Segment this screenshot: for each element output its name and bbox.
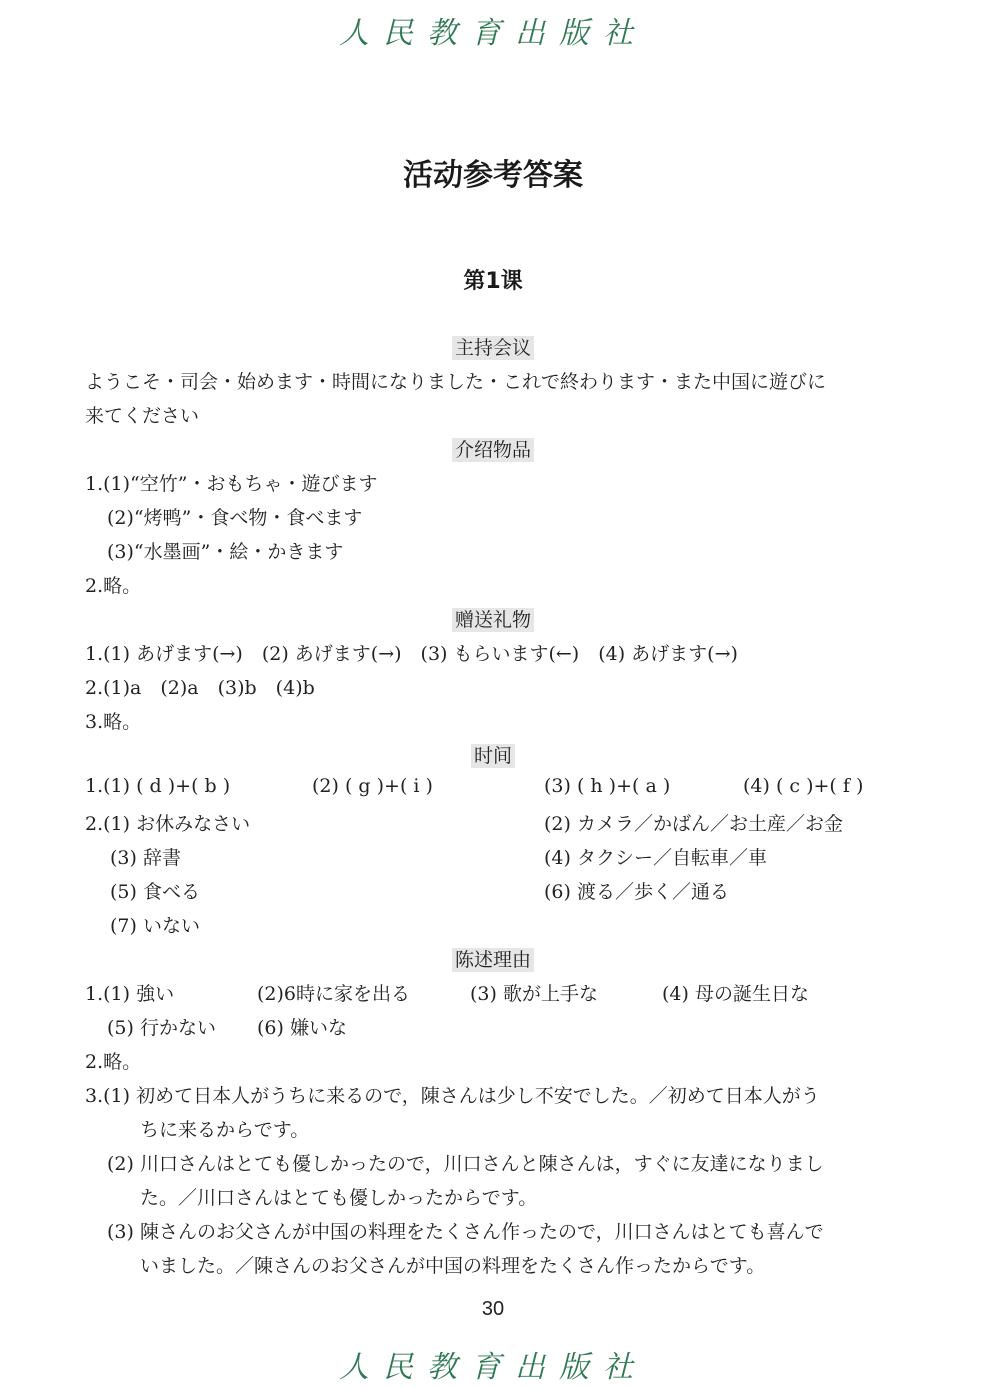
answer-line: (6) 渡る／歩く／通る — [544, 877, 729, 904]
answer-line: (3) ( h )+( a ) — [544, 775, 670, 797]
answer-line: (2)“烤鸭”・食べ物・食べます — [107, 503, 362, 530]
answer-line: (5) 食べる — [110, 877, 200, 904]
lesson-heading: 第1课 — [0, 264, 986, 295]
answer-line: (7) いない — [110, 911, 200, 938]
section-heading-text: 介绍物品 — [452, 438, 534, 462]
answer-line: 1.(1) 強い — [85, 979, 174, 1006]
answer-line: (3) 陳さんのお父さんが中国の料理をたくさん作ったので，川口さんはとても喜んで — [107, 1217, 824, 1244]
answer-line: 3.(1) 初めて日本人がうちに来るので，陳さんは少し不安でした。／初めて日本人… — [85, 1081, 820, 1108]
section-heading-introduce-items: 介绍物品 — [0, 435, 986, 462]
answer-line: (5) 行かない — [107, 1013, 216, 1040]
answer-line: (3) 歌が上手な — [470, 979, 598, 1006]
answer-line: (4) タクシー／自転車／車 — [544, 843, 767, 870]
answer-line: (2) カメラ／かばん／お土産／お金 — [544, 809, 843, 836]
answer-line: いました。／陳さんのお父さんが中国の料理をたくさん作ったからです。 — [140, 1251, 765, 1278]
page-number: 30 — [0, 1298, 986, 1321]
answer-line: ようこそ・司会・始めます・時間になりました・これで終わります・また中国に遊びに — [85, 367, 826, 394]
section-heading-text: 赠送礼物 — [452, 608, 534, 632]
answer-line: 1.(1) あげます(→) (2) あげます(→) (3) もらいます(←) (… — [85, 639, 738, 666]
answer-line: 来てください — [85, 401, 199, 428]
answer-line: (4) 母の誕生日な — [662, 979, 809, 1006]
section-heading-state-reasons: 陈述理由 — [0, 945, 986, 972]
answer-line: (2) ( g )+( i ) — [312, 775, 433, 797]
answer-line: (2) 川口さんはとても優しかったので，川口さんと陳さんは，すぐに友達になりまし — [107, 1149, 824, 1176]
answer-line: 2.(1) お休みなさい — [85, 809, 250, 836]
answer-line: (2)6時に家を出る — [257, 979, 410, 1006]
section-heading-host-meeting: 主持会议 — [0, 333, 986, 360]
answer-line: ちに来るからです。 — [140, 1115, 309, 1142]
section-heading-text: 陈述理由 — [452, 948, 534, 972]
answer-line: (3)“水墨画”・絵・かきます — [107, 537, 343, 564]
section-heading-text: 主持会议 — [452, 336, 534, 360]
publisher-logo-footer: 人民教育出版社 — [0, 1342, 986, 1386]
answer-line: (6) 嫌いな — [257, 1013, 347, 1040]
section-heading-text: 时间 — [471, 744, 515, 768]
answer-line: 2.略。 — [85, 571, 141, 598]
answer-line: (3) 辞書 — [110, 843, 181, 870]
publisher-logo-header: 人民教育出版社 — [0, 8, 986, 52]
answer-line: 2.略。 — [85, 1047, 141, 1074]
page-title: 活动参考答案 — [0, 150, 986, 194]
answer-line: 1.(1) ( d )+( b ) — [85, 775, 230, 797]
answer-line: 3.略。 — [85, 707, 141, 734]
answer-line: (4) ( c )+( f ) — [743, 775, 863, 797]
answer-line: た。／川口さんはとても優しかったからです。 — [140, 1183, 537, 1210]
section-heading-time: 时间 — [0, 741, 986, 768]
section-heading-give-gifts: 赠送礼物 — [0, 605, 986, 632]
answer-line: 1.(1)“空竹”・おもちゃ・遊びます — [85, 469, 377, 496]
answer-line: 2.(1)a (2)a (3)b (4)b — [85, 673, 315, 700]
